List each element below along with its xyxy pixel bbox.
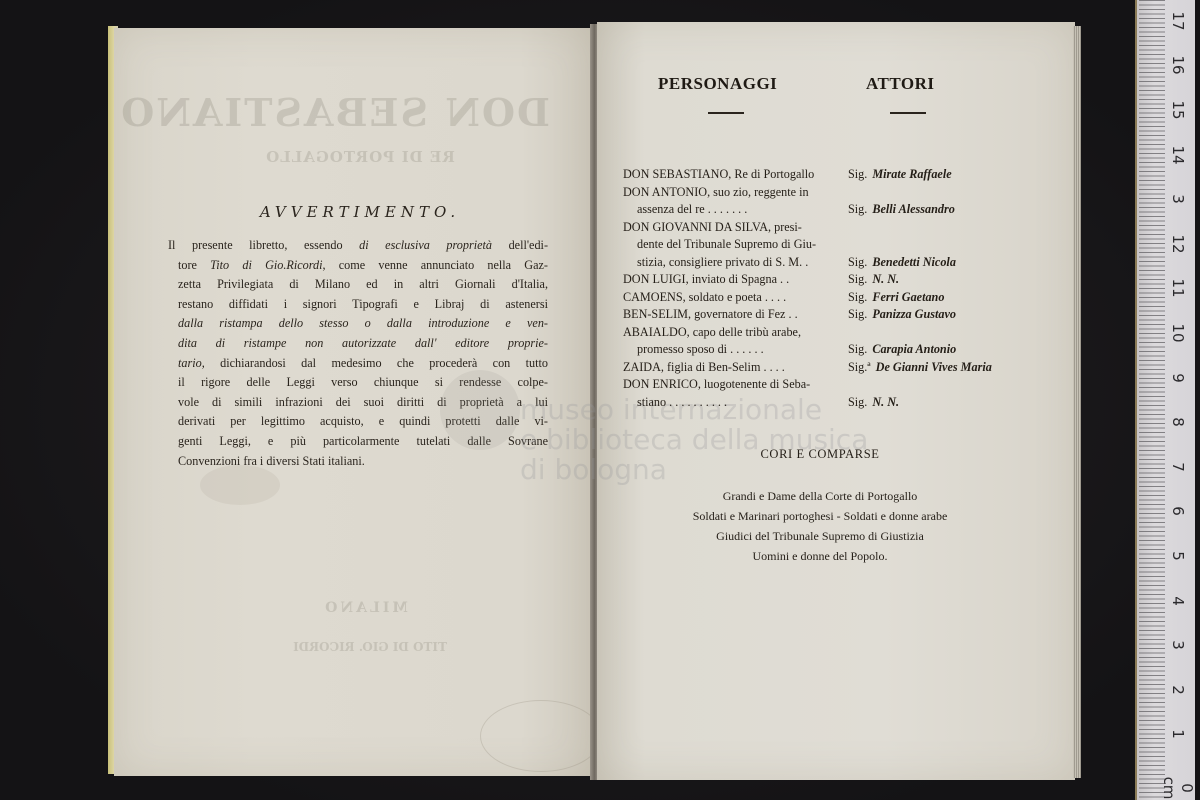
cast-row: DON ANTONIO, suo zio, reggente inassenza…	[623, 184, 1033, 219]
bleed-through-city: MILANO	[250, 600, 480, 616]
ruler-label: 12	[1169, 231, 1187, 257]
avvertimento-line: zetta Privilegiata di Milano ed in altri…	[178, 275, 548, 295]
character-name: DON SEBASTIANO, Re di Portogallo	[623, 166, 838, 184]
avvertimento-title: AVVERTIMENTO.	[160, 203, 560, 221]
character-name: DON ENRICO, luogotenente di Seba-stiano …	[623, 376, 838, 411]
cori-line: Uomini e donne del Popolo.	[640, 546, 1000, 566]
personaggi-rule	[708, 112, 744, 116]
personaggi-heading: PERSONAGGI	[658, 74, 777, 94]
ruler-label: 1	[1169, 721, 1187, 747]
avvertimento-line: dita di ristampe non autorizzate dall' e…	[178, 334, 548, 354]
actor-name: Sig.ªDe Gianni Vives Maria	[838, 359, 1033, 377]
ruler-label: 11	[1169, 275, 1187, 301]
cast-row: CAMOENS, soldato e poeta . . . .Sig.Ferr…	[623, 289, 1033, 307]
character-name: CAMOENS, soldato e poeta . . . .	[623, 289, 838, 307]
bleed-through-publisher: TITO DI GIO. RICORDI	[230, 640, 510, 654]
ruler-label: 8	[1169, 409, 1187, 435]
ruler-label: 10	[1169, 320, 1187, 346]
ruler-label: 0 cm	[1160, 775, 1196, 800]
cast-row: ABAIALDO, capo delle tribù arabe,promess…	[623, 324, 1033, 359]
character-name: DON LUIGI, inviato di Spagna . .	[623, 271, 838, 289]
cast-row: DON LUIGI, inviato di Spagna . .Sig.N. N…	[623, 271, 1033, 289]
ruler-label: 3	[1169, 186, 1187, 212]
cori-list: Grandi e Dame della Corte di PortogalloS…	[640, 486, 1000, 566]
cast-row: DON GIOVANNI DA SILVA, presi-dente del T…	[623, 219, 1033, 272]
character-name: DON ANTONIO, suo zio, reggente inassenza…	[623, 184, 838, 219]
page-stack-edge	[1073, 26, 1081, 778]
attori-heading: ATTORI	[866, 74, 935, 94]
actor-name: Sig.Carapia Antonio	[838, 324, 1033, 359]
ruler-label: 5	[1169, 543, 1187, 569]
bleed-through-subtitle: RE DI PORTOGALLO	[230, 148, 490, 166]
cori-line: Giudici del Tribunale Supremo di Giustiz…	[640, 526, 1000, 546]
actor-name: Sig.Panizza Gustavo	[838, 306, 1033, 324]
measurement-ruler: 0 cm123456789101112314151617	[1135, 0, 1195, 800]
actor-name: Sig.N. N.	[838, 271, 1033, 289]
attori-rule	[890, 112, 926, 116]
ruler-label: 6	[1169, 498, 1187, 524]
ruler-label: 4	[1169, 588, 1187, 614]
ruler-label: 3	[1169, 632, 1187, 658]
ruler-label: 7	[1169, 454, 1187, 480]
ruler-label: 2	[1169, 677, 1187, 703]
ruler-label: 9	[1169, 365, 1187, 391]
cast-row: BEN-SELIM, governatore di Fez . .Sig.Pan…	[623, 306, 1033, 324]
avvertimento-line: tario, dichiarandosi dal medesimo che pr…	[178, 354, 548, 374]
ruler-label: 15	[1169, 97, 1187, 123]
cast-row: DON SEBASTIANO, Re di PortogalloSig.Mira…	[623, 166, 1033, 184]
cori-line: Grandi e Dame della Corte di Portogallo	[640, 486, 1000, 506]
avvertimento-line: restano diffidati i signori Tipografi e …	[178, 295, 548, 315]
character-name: BEN-SELIM, governatore di Fez . .	[623, 306, 838, 324]
cori-heading: CORI E COMPARSE	[640, 447, 1000, 462]
bleed-through-stamp	[480, 700, 602, 772]
actor-name: Sig.Ferri Gaetano	[838, 289, 1033, 307]
cast-list: DON SEBASTIANO, Re di PortogalloSig.Mira…	[623, 166, 1033, 411]
ruler-label: 16	[1169, 52, 1187, 78]
avvertimento-line: dalla ristampa dello stesso o dalla intr…	[178, 314, 548, 334]
avvertimento-line: Convenzioni fra i diversi Stati italiani…	[178, 452, 548, 472]
actor-name: Sig.Belli Alessandro	[838, 184, 1033, 219]
ruler-label: 14	[1169, 142, 1187, 168]
ruler-label: 17	[1169, 8, 1187, 34]
avvertimento-line: Il presente libretto, essendo di esclusi…	[168, 236, 548, 256]
avvertimento-line: tore Tito di Gio.Ricordi, come venne ann…	[178, 256, 548, 276]
actor-name: Sig.N. N.	[838, 376, 1033, 411]
ruler-ticks	[1139, 0, 1165, 800]
watermark-logo	[440, 370, 520, 450]
character-name: ZAIDA, figlia di Ben-Selim . . . .	[623, 359, 838, 377]
actor-name: Sig.Benedetti Nicola	[838, 219, 1033, 272]
cori-line: Soldati e Marinari portoghesi - Soldati …	[640, 506, 1000, 526]
bleed-through-title: DON SEBASTIANO	[170, 90, 550, 135]
character-name: ABAIALDO, capo delle tribù arabe,promess…	[623, 324, 838, 359]
cast-row: ZAIDA, figlia di Ben-Selim . . . .Sig.ªD…	[623, 359, 1033, 377]
character-name: DON GIOVANNI DA SILVA, presi-dente del T…	[623, 219, 838, 272]
actor-name: Sig.Mirate Raffaele	[838, 166, 1033, 184]
cast-row: DON ENRICO, luogotenente di Seba-stiano …	[623, 376, 1033, 411]
